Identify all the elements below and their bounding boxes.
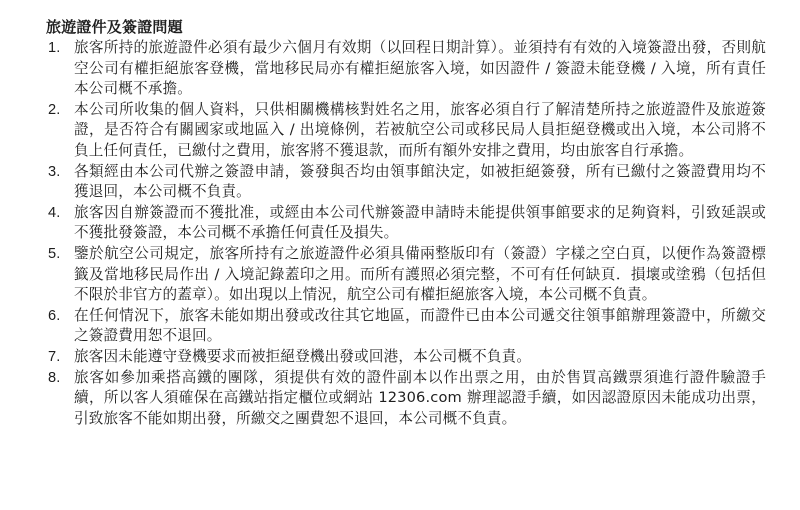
item-number: 3. <box>48 162 60 183</box>
item-text: 在任何情況下，旅客未能如期出發或改往其它地區，而證件已由本公司遞交往領事館辦理簽… <box>74 306 766 347</box>
item-text: 旅客因自辦簽證而不獲批准，或經由本公司代辦簽證申請時未能提供領事館要求的足夠資料… <box>74 203 766 244</box>
list-item: 3. 各類經由本公司代辦之簽證申請，簽發與否均由領事館決定，如被拒絕簽發，所有已… <box>46 162 766 203</box>
list-item: 5. 鑒於航空公司規定，旅客所持有之旅遊證件必須具備兩整版印有（簽證）字樣之空白… <box>46 244 766 306</box>
list-item: 4. 旅客因自辦簽證而不獲批准，或經由本公司代辦簽證申請時未能提供領事館要求的足… <box>46 203 766 244</box>
item-number: 7. <box>48 347 60 368</box>
item-text: 旅客如參加乘搭高鐵的團隊，須提供有效的證件副本以作出票之用，由於售買高鐵票須進行… <box>74 368 766 430</box>
item-text: 旅客所持的旅遊證件必須有最少六個月有效期（以回程日期計算）。並須持有有效的入境簽… <box>74 38 766 100</box>
list-item: 8. 旅客如參加乘搭高鐵的團隊，須提供有效的證件副本以作出票之用，由於售買高鐵票… <box>46 368 766 430</box>
list-item: 6. 在任何情況下，旅客未能如期出發或改往其它地區，而證件已由本公司遞交往領事館… <box>46 306 766 347</box>
item-number: 5. <box>48 244 60 265</box>
item-number: 8. <box>48 368 60 389</box>
item-text: 鑒於航空公司規定，旅客所持有之旅遊證件必須具備兩整版印有（簽證）字樣之空白頁，以… <box>74 244 766 306</box>
item-text: 各類經由本公司代辦之簽證申請，簽發與否均由領事館決定，如被拒絕簽發，所有已繳付之… <box>74 162 766 203</box>
item-number: 6. <box>48 306 60 327</box>
terms-list: 1. 旅客所持的旅遊證件必須有最少六個月有效期（以回程日期計算）。並須持有有效的… <box>46 38 766 429</box>
list-item: 2. 本公司所收集的個人資料，只供相關機構核對姓名之用，旅客必須自行了解清楚所持… <box>46 100 766 162</box>
item-text: 旅客因未能遵守登機要求而被拒絕登機出發或回港，本公司概不負責。 <box>74 347 766 368</box>
list-item: 1. 旅客所持的旅遊證件必須有最少六個月有效期（以回程日期計算）。並須持有有效的… <box>46 38 766 100</box>
list-item: 7. 旅客因未能遵守登機要求而被拒絕登機出發或回港，本公司概不負責。 <box>46 347 766 368</box>
item-number: 1. <box>48 38 60 59</box>
section-title: 旅遊證件及簽證問題 <box>46 17 766 38</box>
item-text: 本公司所收集的個人資料，只供相關機構核對姓名之用，旅客必須自行了解清楚所持之旅遊… <box>74 100 766 162</box>
item-number: 4. <box>48 203 60 224</box>
item-number: 2. <box>48 100 60 121</box>
travel-document-terms: 旅遊證件及簽證問題 1. 旅客所持的旅遊證件必須有最少六個月有效期（以回程日期計… <box>46 17 766 429</box>
